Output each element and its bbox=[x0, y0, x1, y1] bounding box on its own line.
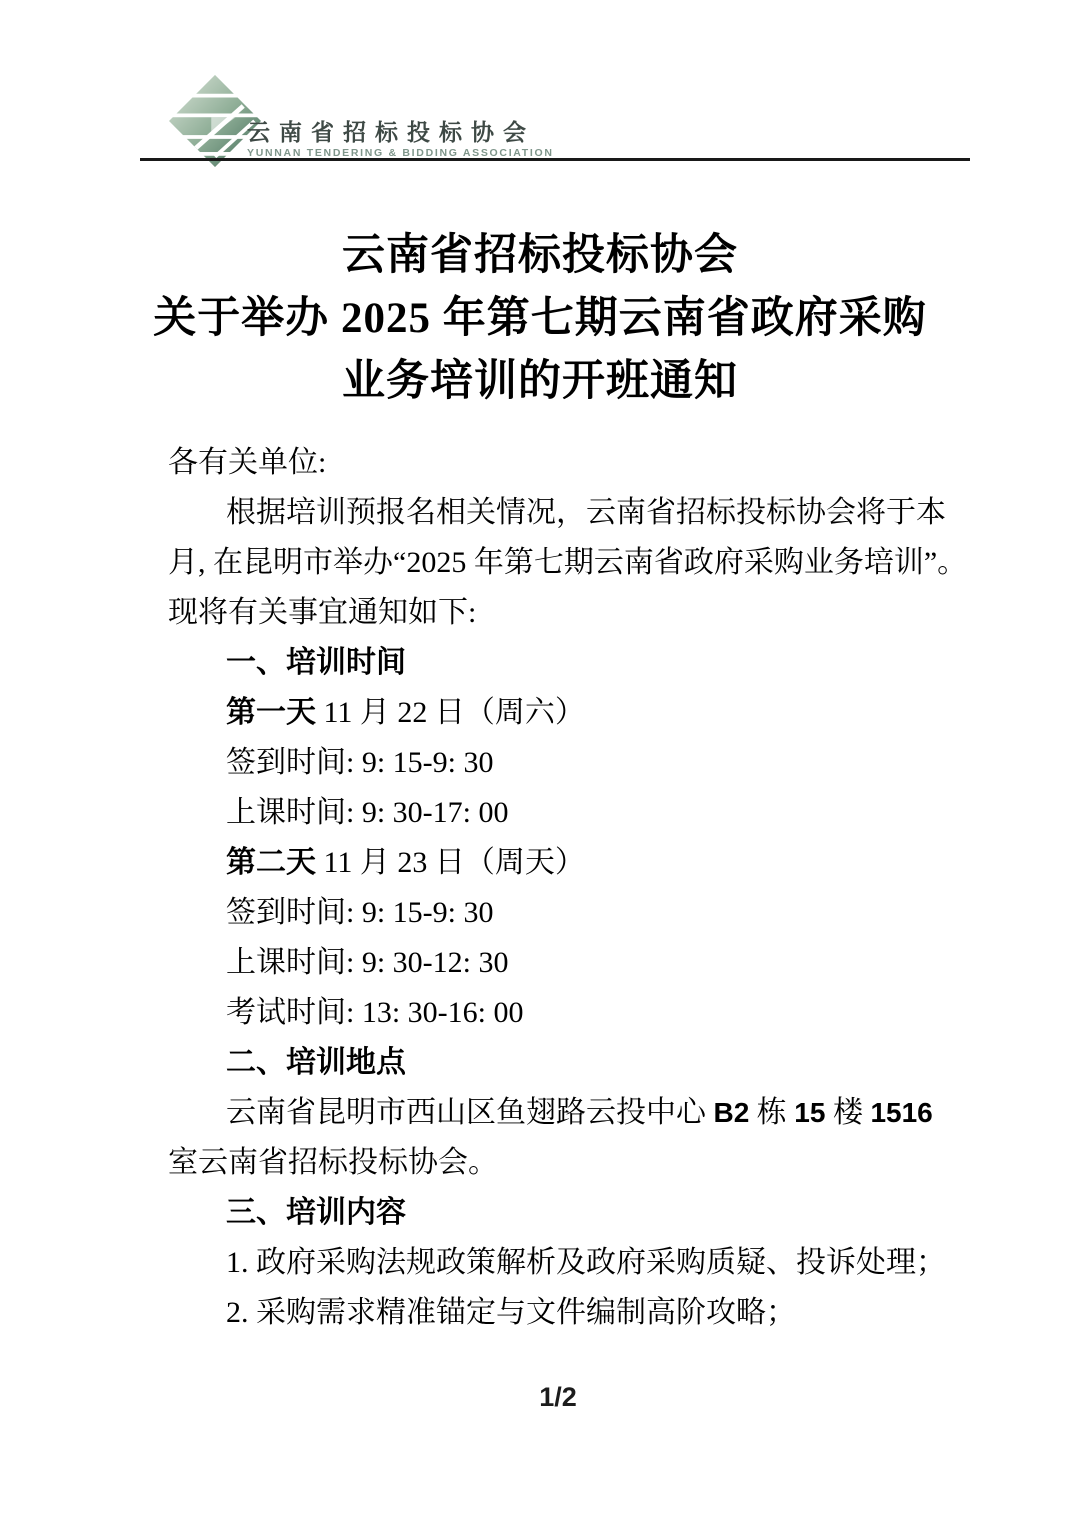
body-line: 第一天 11 月 22 日（周六） bbox=[168, 688, 948, 738]
document-title-line-2: 关于举办 2025 年第七期云南省政府采购 bbox=[0, 287, 1080, 350]
body-text: 15 bbox=[794, 1097, 825, 1128]
document-body: 各有关单位:根据培训预报名相关情况，云南省招标投标协会将于本月, 在昆明市举办“… bbox=[168, 438, 948, 1338]
body-text: B2 bbox=[714, 1097, 750, 1128]
body-text: 室云南省招标投标协会。 bbox=[168, 1146, 498, 1179]
body-heading-text: 一、培训时间 bbox=[226, 646, 406, 679]
body-text: 签到时间: 9: 15-9: 30 bbox=[226, 896, 494, 929]
body-line: 各有关单位: bbox=[168, 438, 948, 488]
body-heading-text: 二、培训地点 bbox=[226, 1046, 406, 1079]
body-text: 各有关单位: bbox=[168, 446, 326, 479]
body-text: 1516 bbox=[870, 1097, 932, 1128]
document-page: 云南省招标投标协会 YUNNAN TENDERING & BIDDING ASS… bbox=[0, 0, 1080, 1527]
document-title-line-1: 云南省招标投标协会 bbox=[0, 224, 1080, 287]
body-text: 2. 采购需求精准锚定与文件编制高阶攻略； bbox=[226, 1296, 796, 1329]
body-line: 云南省昆明市西山区鱼翅路云投中心 B2 栋 15 楼 1516 bbox=[168, 1088, 948, 1138]
body-text: 签到时间: 9: 15-9: 30 bbox=[226, 746, 494, 779]
body-text: 楼 bbox=[825, 1096, 870, 1129]
body-text: 1. 政府采购法规政策解析及政府采购质疑、投诉处理； bbox=[226, 1246, 946, 1279]
body-text: 现将有关事宜通知如下: bbox=[168, 596, 476, 629]
body-line: 一、培训时间 bbox=[168, 638, 948, 688]
body-line: 二、培训地点 bbox=[168, 1038, 948, 1088]
body-line: 月, 在昆明市举办“2025 年第七期云南省政府采购业务培训”。 bbox=[168, 538, 948, 588]
document-title: 云南省招标投标协会 关于举办 2025 年第七期云南省政府采购 业务培训的开班通… bbox=[0, 224, 1080, 413]
page-number: 1/2 bbox=[168, 1382, 948, 1413]
body-line: 室云南省招标投标协会。 bbox=[168, 1138, 948, 1188]
document-title-line-3: 业务培训的开班通知 bbox=[0, 350, 1080, 413]
association-name-cn: 云南省招标投标协会 bbox=[247, 121, 554, 144]
body-text: 根据培训预报名相关情况，云南省招标投标协会将于本 bbox=[226, 496, 946, 529]
body-line: 考试时间: 13: 30-16: 00 bbox=[168, 988, 948, 1038]
body-line: 上课时间: 9: 30-12: 30 bbox=[168, 938, 948, 988]
body-heading-text: 第一天 bbox=[226, 696, 316, 729]
body-text: 11 月 22 日（周六） bbox=[316, 696, 585, 729]
body-line: 上课时间: 9: 30-17: 00 bbox=[168, 788, 948, 838]
body-line: 1. 政府采购法规政策解析及政府采购质疑、投诉处理； bbox=[168, 1238, 948, 1288]
body-text: 考试时间: 13: 30-16: 00 bbox=[226, 996, 524, 1029]
body-text: 11 月 23 日（周天） bbox=[316, 846, 585, 879]
association-name-en: YUNNAN TENDERING & BIDDING ASSOCIATION bbox=[247, 148, 554, 159]
body-heading-text: 三、培训内容 bbox=[226, 1196, 406, 1229]
body-text: 云南省昆明市西山区鱼翅路云投中心 bbox=[226, 1096, 714, 1129]
body-text: 上课时间: 9: 30-17: 00 bbox=[226, 796, 509, 829]
body-text: 栋 bbox=[749, 1096, 794, 1129]
body-line: 现将有关事宜通知如下: bbox=[168, 588, 948, 638]
body-line: 2. 采购需求精准锚定与文件编制高阶攻略； bbox=[168, 1288, 948, 1338]
body-heading-text: 第二天 bbox=[226, 846, 316, 879]
body-line: 签到时间: 9: 15-9: 30 bbox=[168, 888, 948, 938]
body-text: 月, 在昆明市举办“2025 年第七期云南省政府采购业务培训”。 bbox=[168, 546, 967, 579]
body-text: 上课时间: 9: 30-12: 30 bbox=[226, 946, 509, 979]
body-line: 签到时间: 9: 15-9: 30 bbox=[168, 738, 948, 788]
body-line: 根据培训预报名相关情况，云南省招标投标协会将于本 bbox=[168, 488, 948, 538]
letterhead-divider bbox=[140, 158, 970, 161]
body-line: 三、培训内容 bbox=[168, 1188, 948, 1238]
body-line: 第二天 11 月 23 日（周天） bbox=[168, 838, 948, 888]
association-logotype: 云南省招标投标协会 YUNNAN TENDERING & BIDDING ASS… bbox=[247, 121, 554, 159]
